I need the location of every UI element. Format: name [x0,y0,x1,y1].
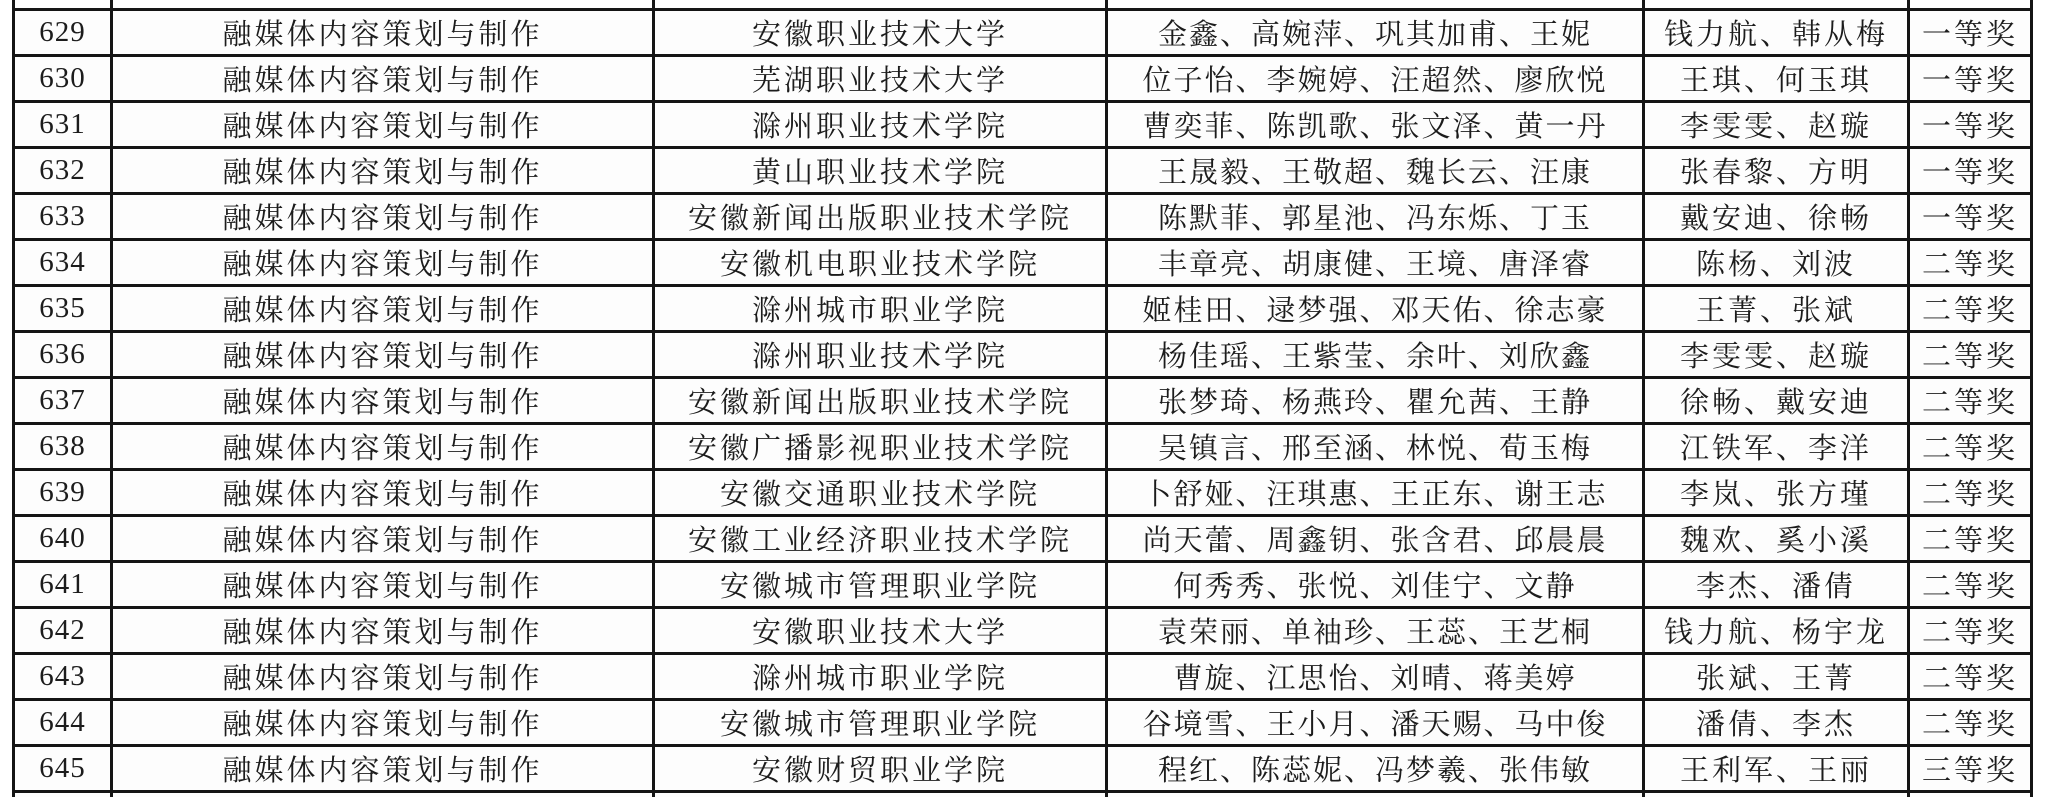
cell-award: 二等奖 [1907,287,2033,330]
cell-award: 一等奖 [1907,195,2033,238]
cell-award: 一等奖 [1907,57,2033,100]
cell-school: 安徽职业技术大学 [652,609,1105,652]
cell-award: 二等奖 [1907,517,2033,560]
cell-number: 641 [12,563,110,606]
cell-number: 633 [12,195,110,238]
cell-award: 一等奖 [1907,11,2033,54]
clipped-row-bottom [12,793,2033,797]
cell-award: 一等奖 [1907,103,2033,146]
cell-teachers: 李岚、张方瑾 [1642,471,1907,514]
table-row: 632 融媒体内容策划与制作 黄山职业技术学院 王晟毅、王敬超、魏长云、汪康 张… [12,149,2033,195]
cell-school: 安徽城市管理职业学院 [652,563,1105,606]
cell-number: 643 [12,655,110,698]
cell-contest-name: 融媒体内容策划与制作 [110,241,652,284]
cell-teachers: 王琪、何玉琪 [1642,57,1907,100]
clipped-row-top [12,0,2033,11]
cell-contest-name: 融媒体内容策划与制作 [110,701,652,744]
cell-school: 安徽机电职业技术学院 [652,241,1105,284]
cell-teachers: 钱力航、杨宇龙 [1642,609,1907,652]
cell-award [1907,0,2033,8]
cell-teachers: 李雯雯、赵璇 [1642,103,1907,146]
table-row: 629 融媒体内容策划与制作 安徽职业技术大学 金鑫、高婉萍、巩其加甫、王妮 钱… [12,11,2033,57]
cell-contest-name: 融媒体内容策划与制作 [110,149,652,192]
cell-contest-name: 融媒体内容策划与制作 [110,747,652,790]
cell-number: 635 [12,287,110,330]
table-row: 631 融媒体内容策划与制作 滁州职业技术学院 曹奕菲、陈凯歌、张文泽、黄一丹 … [12,103,2033,149]
cell-contest-name: 融媒体内容策划与制作 [110,103,652,146]
cell-award: 二等奖 [1907,609,2033,652]
cell-contest-name: 融媒体内容策划与制作 [110,333,652,376]
cell-contest-name: 融媒体内容策划与制作 [110,425,652,468]
cell-students [1105,793,1642,797]
table-row: 636 融媒体内容策划与制作 滁州职业技术学院 杨佳瑶、王紫莹、余叶、刘欣鑫 李… [12,333,2033,379]
cell-teachers: 张斌、王菁 [1642,655,1907,698]
cell-school: 安徽工业经济职业技术学院 [652,517,1105,560]
cell-award: 一等奖 [1907,149,2033,192]
cell-contest-name: 融媒体内容策划与制作 [110,195,652,238]
cell-number: 639 [12,471,110,514]
cell-teachers: 李杰、潘倩 [1642,563,1907,606]
table-row: 639 融媒体内容策划与制作 安徽交通职业技术学院 卜舒娅、汪琪惠、王正东、谢王… [12,471,2033,517]
cell-number: 630 [12,57,110,100]
cell-school: 黄山职业技术学院 [652,149,1105,192]
cell-school [652,0,1105,8]
cell-students: 谷境雪、王小月、潘天赐、马中俊 [1105,701,1642,744]
cell-award: 二等奖 [1907,241,2033,284]
cell-contest-name: 融媒体内容策划与制作 [110,517,652,560]
cell-students: 袁荣丽、单袖珍、王蕊、王艺桐 [1105,609,1642,652]
table-row: 640 融媒体内容策划与制作 安徽工业经济职业技术学院 尚天蕾、周鑫钥、张含君、… [12,517,2033,563]
cell-number: 636 [12,333,110,376]
cell-contest-name: 融媒体内容策划与制作 [110,379,652,422]
cell-school [652,793,1105,797]
cell-teachers: 戴安迪、徐畅 [1642,195,1907,238]
table-row: 643 融媒体内容策划与制作 滁州城市职业学院 曹旋、江思怡、刘晴、蒋美婷 张斌… [12,655,2033,701]
cell-number: 629 [12,11,110,54]
cell-teachers: 江铁军、李洋 [1642,425,1907,468]
cell-teachers: 魏欢、奚小溪 [1642,517,1907,560]
cell-teachers: 李雯雯、赵璇 [1642,333,1907,376]
cell-teachers: 徐畅、戴安迪 [1642,379,1907,422]
cell-students: 金鑫、高婉萍、巩其加甫、王妮 [1105,11,1642,54]
cell-contest-name [110,793,652,797]
cell-school: 滁州城市职业学院 [652,287,1105,330]
table-row: 634 融媒体内容策划与制作 安徽机电职业技术学院 丰章亮、胡康健、王境、唐泽睿… [12,241,2033,287]
cell-students: 吴镇言、邢至涵、林悦、荀玉梅 [1105,425,1642,468]
cell-award: 二等奖 [1907,425,2033,468]
cell-contest-name: 融媒体内容策划与制作 [110,609,652,652]
cell-award: 二等奖 [1907,655,2033,698]
cell-number: 632 [12,149,110,192]
cell-contest-name: 融媒体内容策划与制作 [110,287,652,330]
cell-contest-name: 融媒体内容策划与制作 [110,563,652,606]
cell-students: 曹奕菲、陈凯歌、张文泽、黄一丹 [1105,103,1642,146]
cell-number [12,793,110,797]
cell-school: 安徽城市管理职业学院 [652,701,1105,744]
table-row: 638 融媒体内容策划与制作 安徽广播影视职业技术学院 吴镇言、邢至涵、林悦、荀… [12,425,2033,471]
cell-students [1105,0,1642,8]
cell-teachers: 王利军、王丽 [1642,747,1907,790]
table-row: 644 融媒体内容策划与制作 安徽城市管理职业学院 谷境雪、王小月、潘天赐、马中… [12,701,2033,747]
cell-school: 安徽广播影视职业技术学院 [652,425,1105,468]
cell-number: 644 [12,701,110,744]
cell-award: 二等奖 [1907,701,2033,744]
cell-school: 安徽财贸职业学院 [652,747,1105,790]
cell-school: 芜湖职业技术大学 [652,57,1105,100]
cell-teachers: 王菁、张斌 [1642,287,1907,330]
cell-students: 丰章亮、胡康健、王境、唐泽睿 [1105,241,1642,284]
cell-teachers [1642,0,1907,8]
cell-students: 卜舒娅、汪琪惠、王正东、谢王志 [1105,471,1642,514]
cell-contest-name: 融媒体内容策划与制作 [110,471,652,514]
cell-contest-name: 融媒体内容策划与制作 [110,11,652,54]
cell-number: 631 [12,103,110,146]
table-row: 641 融媒体内容策划与制作 安徽城市管理职业学院 何秀秀、张悦、刘佳宁、文静 … [12,563,2033,609]
table-row: 635 融媒体内容策划与制作 滁州城市职业学院 姬桂田、逯梦强、邓天佑、徐志豪 … [12,287,2033,333]
table-row: 645 融媒体内容策划与制作 安徽财贸职业学院 程红、陈蕊妮、冯梦羲、张伟敏 王… [12,747,2033,793]
table-rows: 629 融媒体内容策划与制作 安徽职业技术大学 金鑫、高婉萍、巩其加甫、王妮 钱… [12,11,2033,793]
cell-award [1907,793,2033,797]
table-row: 642 融媒体内容策划与制作 安徽职业技术大学 袁荣丽、单袖珍、王蕊、王艺桐 钱… [12,609,2033,655]
cell-number: 638 [12,425,110,468]
cell-school: 滁州职业技术学院 [652,333,1105,376]
cell-school: 滁州职业技术学院 [652,103,1105,146]
cell-teachers [1642,793,1907,797]
cell-contest-name [110,0,652,8]
cell-students: 王晟毅、王敬超、魏长云、汪康 [1105,149,1642,192]
cell-number: 640 [12,517,110,560]
cell-number: 637 [12,379,110,422]
cell-award: 二等奖 [1907,563,2033,606]
cell-number: 642 [12,609,110,652]
cell-teachers: 钱力航、韩从梅 [1642,11,1907,54]
cell-award: 二等奖 [1907,471,2033,514]
cell-school: 安徽交通职业技术学院 [652,471,1105,514]
cell-teachers: 陈杨、刘波 [1642,241,1907,284]
cell-number [12,0,110,8]
award-results-table: 629 融媒体内容策划与制作 安徽职业技术大学 金鑫、高婉萍、巩其加甫、王妮 钱… [12,0,2033,797]
cell-contest-name: 融媒体内容策划与制作 [110,57,652,100]
cell-students: 位子怡、李婉婷、汪超然、廖欣悦 [1105,57,1642,100]
cell-students: 杨佳瑶、王紫莹、余叶、刘欣鑫 [1105,333,1642,376]
cell-students: 曹旋、江思怡、刘晴、蒋美婷 [1105,655,1642,698]
cell-award: 二等奖 [1907,379,2033,422]
cell-students: 张梦琦、杨燕玲、瞿允茜、王静 [1105,379,1642,422]
cell-number: 634 [12,241,110,284]
cell-school: 安徽职业技术大学 [652,11,1105,54]
cell-contest-name: 融媒体内容策划与制作 [110,655,652,698]
cell-award: 二等奖 [1907,333,2033,376]
cell-students: 何秀秀、张悦、刘佳宁、文静 [1105,563,1642,606]
cell-school: 安徽新闻出版职业技术学院 [652,195,1105,238]
cell-teachers: 张春黎、方明 [1642,149,1907,192]
cell-award: 三等奖 [1907,747,2033,790]
cell-school: 滁州城市职业学院 [652,655,1105,698]
cell-students: 尚天蕾、周鑫钥、张含君、邱晨晨 [1105,517,1642,560]
table-row: 633 融媒体内容策划与制作 安徽新闻出版职业技术学院 陈默菲、郭星池、冯东烁、… [12,195,2033,241]
cell-students: 陈默菲、郭星池、冯东烁、丁玉 [1105,195,1642,238]
cell-school: 安徽新闻出版职业技术学院 [652,379,1105,422]
table-row: 637 融媒体内容策划与制作 安徽新闻出版职业技术学院 张梦琦、杨燕玲、瞿允茜、… [12,379,2033,425]
cell-students: 姬桂田、逯梦强、邓天佑、徐志豪 [1105,287,1642,330]
cell-number: 645 [12,747,110,790]
table-row: 630 融媒体内容策划与制作 芜湖职业技术大学 位子怡、李婉婷、汪超然、廖欣悦 … [12,57,2033,103]
cell-teachers: 潘倩、李杰 [1642,701,1907,744]
cell-students: 程红、陈蕊妮、冯梦羲、张伟敏 [1105,747,1642,790]
